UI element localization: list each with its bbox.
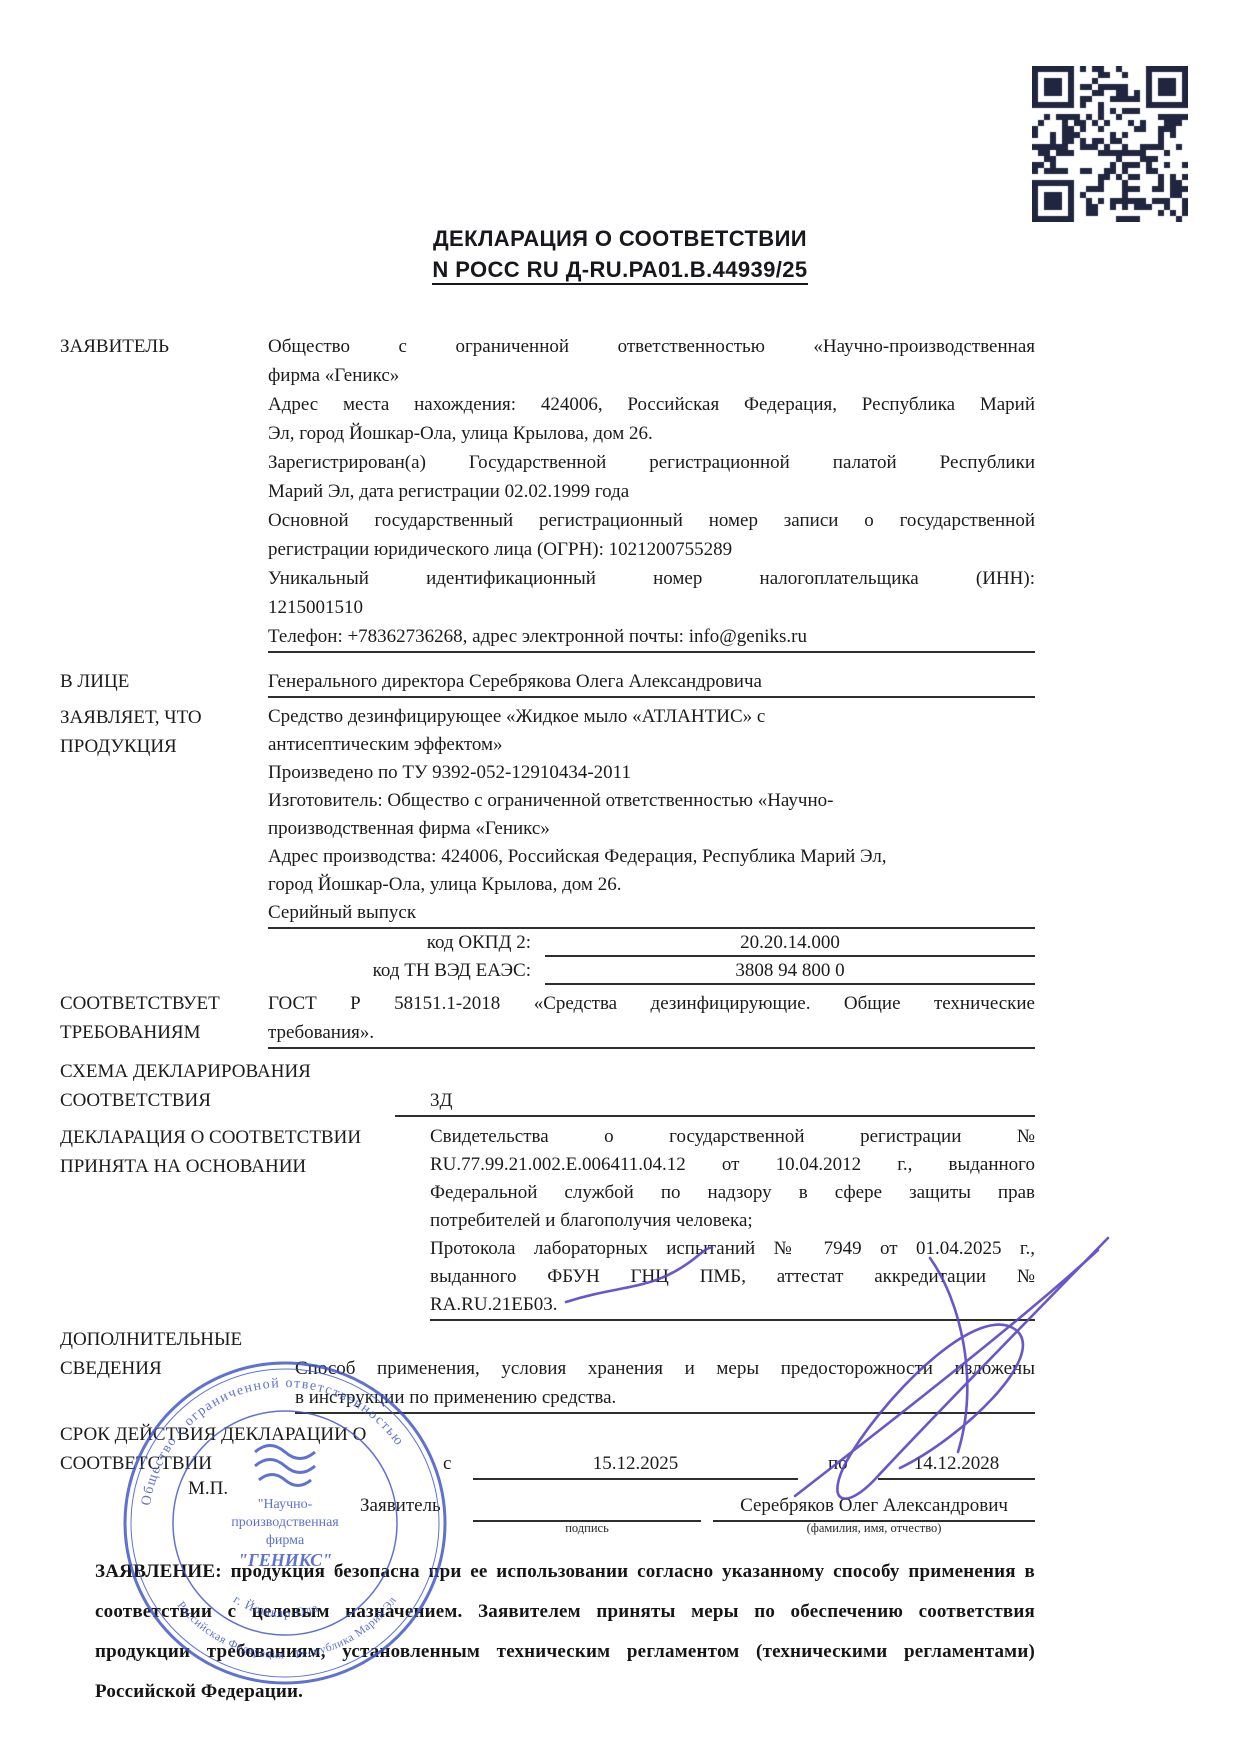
code-tnved-row: код ТН ВЭД ЕАЭС: 3808 94 800 0 (60, 957, 1035, 985)
qr-code (1032, 66, 1188, 222)
document-body: ЗАЯВИТЕЛЬ Общество с ограниченной ответс… (60, 332, 1035, 1712)
conforms-line: ГОСТ Р 58151.1-2018 «Средства дезинфицир… (268, 989, 1035, 1018)
applicant-name: Серебряков Олег Александрович (740, 1495, 1008, 1516)
product-line: антисептическим эффектом» (268, 731, 1035, 759)
scheme-value: 3Д (395, 1057, 1035, 1117)
basis-value: Свидетельства о государственной регистра… (430, 1123, 1035, 1321)
code-okpd-value: 20.20.14.000 (545, 929, 1035, 957)
applicant-line: Уникальный идентификационный номер налог… (268, 564, 1035, 593)
name-caption: (фамилия, имя, отчество) (713, 1520, 1035, 1536)
declaration-document: ДЕКЛАРАЦИЯ О СООТВЕТСТВИИ N РОСС RU Д-RU… (0, 0, 1240, 1754)
product-line: Произведено по ТУ 9392-052-12910434-2011 (268, 759, 1035, 787)
basis-line: RU.77.99.21.002.Е.006411.04.12 от 10.04.… (430, 1151, 1035, 1179)
product-line: Изготовитель: Общество с ограниченной от… (268, 787, 1035, 815)
section-conforms: СООТВЕТСТВУЕТ ТРЕБОВАНИЯМ ГОСТ Р 58151.1… (60, 989, 1035, 1049)
section-additional: ДОПОЛНИТЕЛЬНЫЕ СВЕДЕНИЯ Способ применени… (60, 1325, 1035, 1414)
validity-value: с 15.12.2025 по 14.12.2028 (435, 1420, 1035, 1480)
code-okpd-label: код ОКПД 2: (60, 929, 545, 957)
additional-label: ДОПОЛНИТЕЛЬНЫЕ СВЕДЕНИЯ (60, 1325, 295, 1414)
section-product: ЗАЯВЛЯЕТ, ЧТО ПРОДУКЦИЯ Средство дезинфи… (60, 703, 1035, 929)
basis-line: Федеральной службой по надзору в сфере з… (430, 1179, 1035, 1207)
applicant-line: регистрации юридического лица (ОГРН): 10… (268, 535, 1035, 564)
applicant-line: Основной государственный регистрационный… (268, 506, 1035, 535)
code-tnved-value: 3808 94 800 0 (545, 957, 1035, 985)
applicant-name-line: Серебряков Олег Александрович (фамилия, … (713, 1491, 1035, 1522)
validity-dates: с 15.12.2025 по 14.12.2028 (435, 1449, 1035, 1480)
declaration-number: N РОСС RU Д-RU.РА01.В.44939/25 (0, 254, 1240, 286)
signature-row: Заявитель подпись Серебряков Олег Алекса… (360, 1491, 1035, 1522)
person-line: Генерального директора Серебрякова Олега… (268, 667, 1035, 696)
applicant-line: Зарегистрирован(а) Государственной регис… (268, 448, 1035, 477)
applicant-line: 1215001510 (268, 593, 1035, 622)
product-value: Средство дезинфицирующее «Жидкое мыло «А… (268, 703, 1035, 929)
page-title: ДЕКЛАРАЦИЯ О СООТВЕТСТВИИ (0, 224, 1240, 254)
section-person: В ЛИЦЕ Генерального директора Серебряков… (60, 667, 1035, 698)
product-line: Серийный выпуск (268, 899, 1035, 927)
valid-to-date: 14.12.2028 (878, 1449, 1035, 1480)
section-validity: СРОК ДЕЙСТВИЯ ДЕКЛАРАЦИИ О СООТВЕТСТВИИ … (60, 1420, 1035, 1480)
applicant-line: Телефон: +78362736268, адрес электронной… (268, 622, 1035, 651)
basis-line: выданного ФБУН ГНЦ ПМБ, аттестат аккреди… (430, 1263, 1035, 1291)
applicant-line: Марий Эл, дата регистрации 02.02.1999 го… (268, 477, 1035, 506)
person-label: В ЛИЦЕ (60, 667, 268, 698)
product-line: Средство дезинфицирующее «Жидкое мыло «А… (268, 703, 1035, 731)
applicant-label: ЗАЯВИТЕЛЬ (60, 332, 268, 653)
basis-line: RA.RU.21ЕБ03. (430, 1291, 1035, 1319)
basis-label: ДЕКЛАРАЦИЯ О СООТВЕТСТВИИ ПРИНЯТА НА ОСН… (60, 1123, 430, 1321)
basis-line: Протокола лабораторных испытаний № 7949 … (430, 1235, 1035, 1263)
additional-line: в инструкции по применению средства. (295, 1383, 1035, 1412)
signature-caption: подпись (473, 1520, 701, 1536)
basis-line: Свидетельства о государственной регистра… (430, 1123, 1035, 1151)
scheme-code: 3Д (395, 1086, 1035, 1115)
stamp-place-label: М.П. (188, 1478, 228, 1500)
person-value: Генерального директора Серебрякова Олега… (268, 667, 1035, 698)
statement-text: продукция безопасна при ее использовании… (95, 1561, 1035, 1702)
code-okpd-row: код ОКПД 2: 20.20.14.000 (60, 929, 1035, 957)
basis-line: потребителей и благополучия человека; (430, 1207, 1035, 1235)
code-tnved-label: код ТН ВЭД ЕАЭС: (60, 957, 545, 985)
section-applicant: ЗАЯВИТЕЛЬ Общество с ограниченной ответс… (60, 332, 1035, 653)
product-label: ЗАЯВЛЯЕТ, ЧТО ПРОДУКЦИЯ (60, 703, 268, 929)
additional-line: Способ применения, условия хранения и ме… (295, 1354, 1035, 1383)
valid-from-date: 15.12.2025 (473, 1449, 798, 1480)
conforms-value: ГОСТ Р 58151.1-2018 «Средства дезинфицир… (268, 989, 1035, 1049)
section-scheme: СХЕМА ДЕКЛАРИРОВАНИЯ СООТВЕТСТВИЯ 3Д (60, 1057, 1035, 1117)
additional-value: Способ применения, условия хранения и ме… (295, 1325, 1035, 1414)
signature-line: подпись (473, 1491, 701, 1522)
conforms-label: СООТВЕТСТВУЕТ ТРЕБОВАНИЯМ (60, 989, 268, 1049)
section-basis: ДЕКЛАРАЦИЯ О СООТВЕТСТВИИ ПРИНЯТА НА ОСН… (60, 1123, 1035, 1321)
to-label: по (828, 1449, 856, 1480)
product-line: город Йошкар-Ола, улица Крылова, дом 26. (268, 871, 1035, 899)
product-line: производственная фирма «Геникс» (268, 815, 1035, 843)
statement-label: ЗАЯВЛЕНИЕ: (95, 1561, 222, 1582)
applicant-value: Общество с ограниченной ответственностью… (268, 332, 1035, 653)
applicant-role-label: Заявитель (360, 1491, 465, 1522)
safety-statement: ЗАЯВЛЕНИЕ: продукция безопасна при ее ис… (95, 1552, 1035, 1712)
validity-label: СРОК ДЕЙСТВИЯ ДЕКЛАРАЦИИ О СООТВЕТСТВИИ (60, 1420, 435, 1480)
product-line: Адрес производства: 424006, Российская Ф… (268, 843, 1035, 871)
conforms-line: требования». (268, 1018, 1035, 1047)
applicant-line: Адрес места нахождения: 424006, Российск… (268, 390, 1035, 419)
applicant-line: Общество с ограниченной ответственностью… (268, 332, 1035, 361)
applicant-line: фирма «Геникс» (268, 361, 1035, 390)
from-label: с (443, 1449, 461, 1480)
scheme-label: СХЕМА ДЕКЛАРИРОВАНИЯ СООТВЕТСТВИЯ (60, 1057, 395, 1117)
applicant-line: Эл, город Йошкар-Ола, улица Крылова, дом… (268, 419, 1035, 448)
